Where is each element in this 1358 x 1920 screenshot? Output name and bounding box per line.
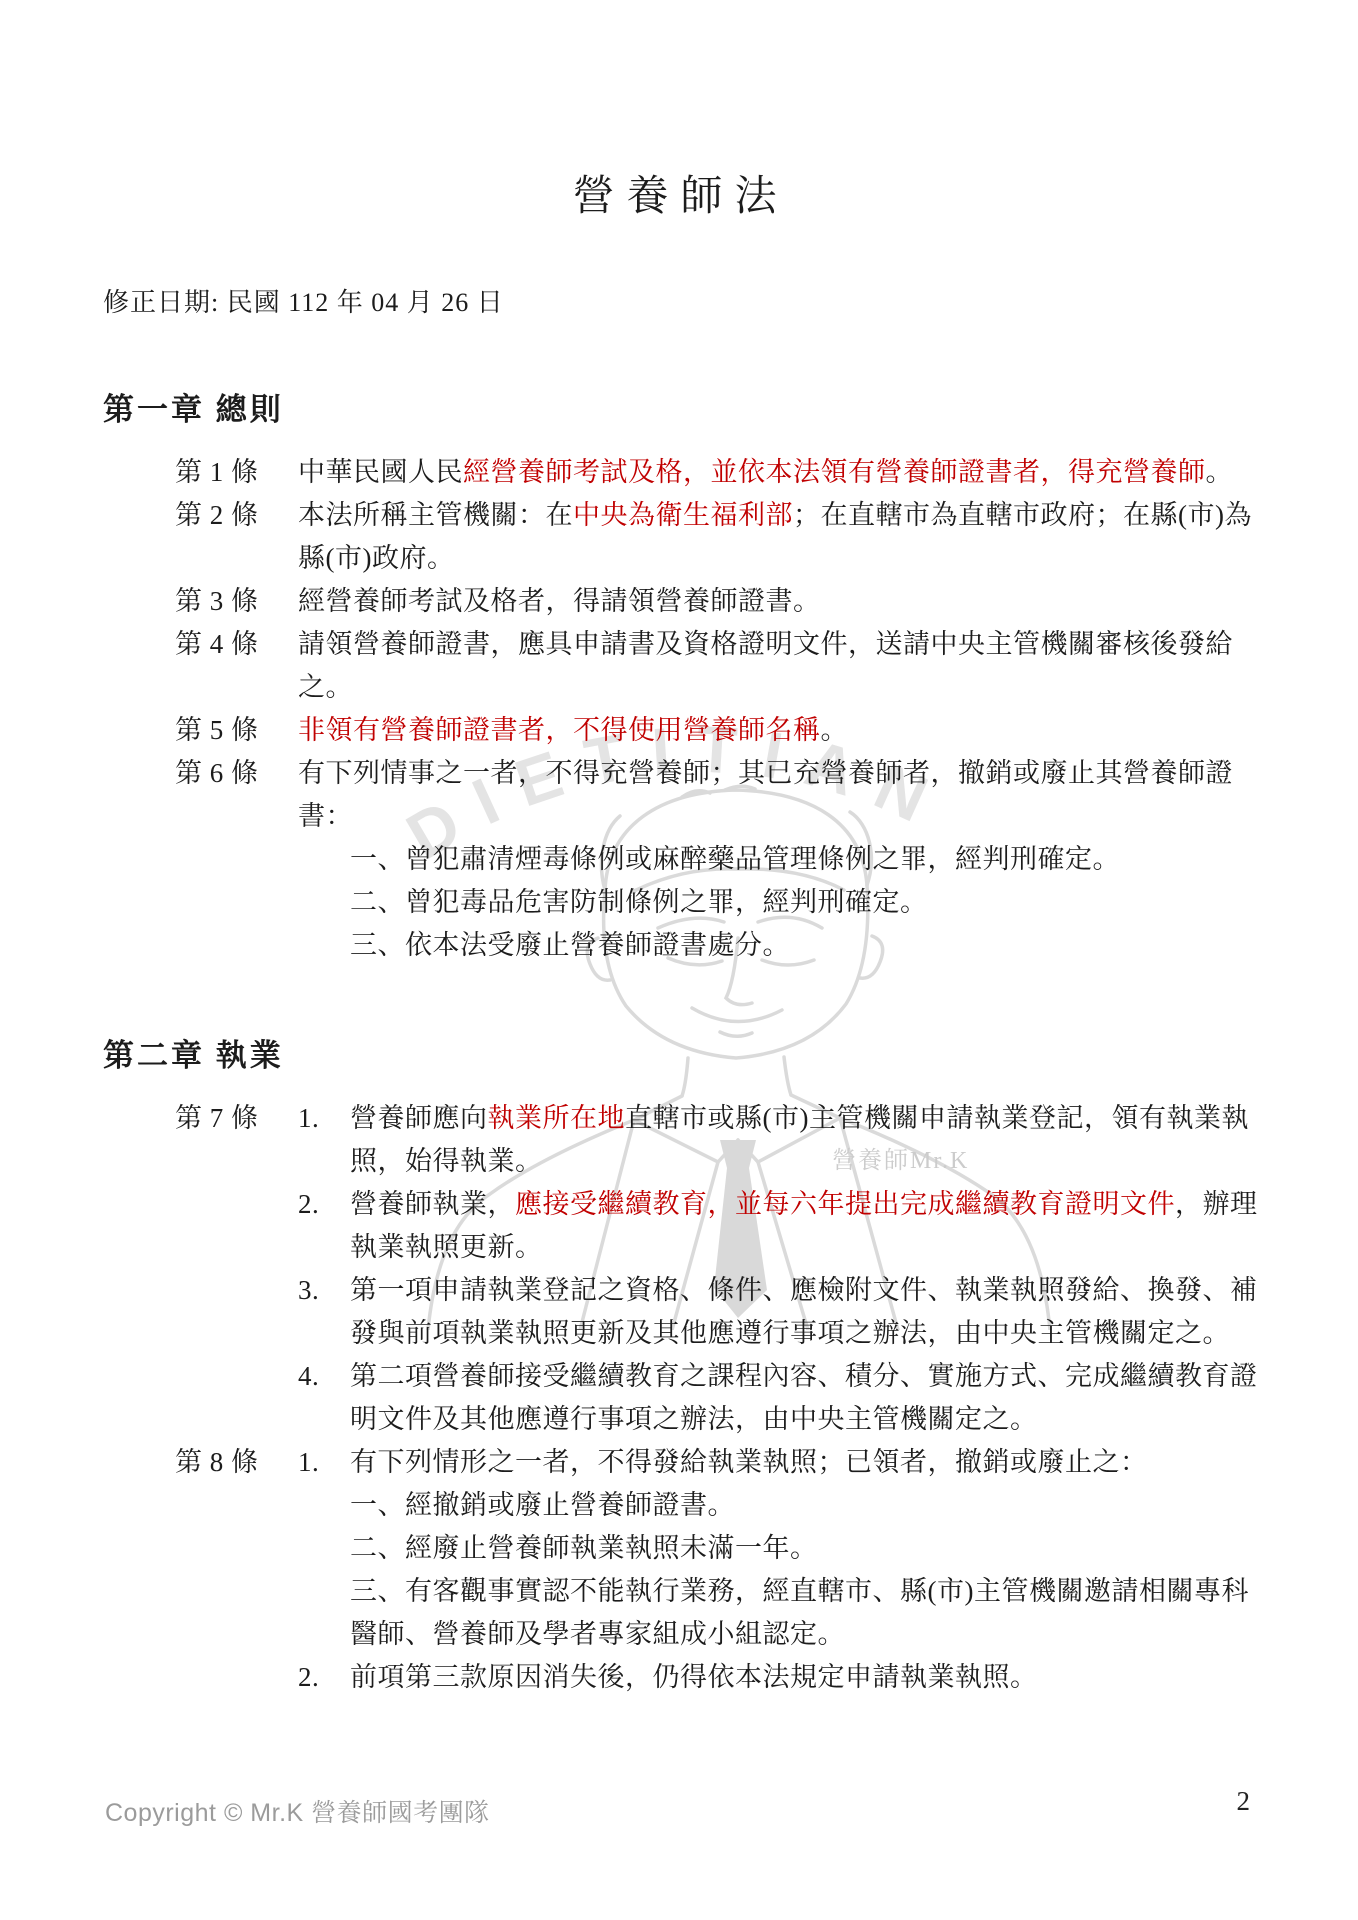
paragraph-text: 中華民國人民經營養師考試及格，並依本法領有營養師證書者，得充營養師。 xyxy=(298,451,1258,494)
paragraph: 4.第二項營養師接受繼續教育之課程內容、積分、實施方式、完成繼續教育證明文件及其… xyxy=(298,1355,1258,1441)
text-segment: 本法所稱主管機關：在 xyxy=(298,500,573,530)
chapter-heading: 第二章 執業 xyxy=(103,1037,1258,1075)
paragraph-number: 1. xyxy=(298,1441,350,1484)
paragraph-text: 第一項申請執業登記之資格、條件、應檢附文件、執業執照發給、換發、補發與前項執業執… xyxy=(350,1269,1258,1355)
text-segment: 應接受繼續教育，並每六年提出完成繼續教育證明文件 xyxy=(515,1189,1175,1219)
paragraph-number: 4. xyxy=(298,1355,350,1398)
article-label: 第 3 條 xyxy=(103,580,298,623)
article: 第 2 條本法所稱主管機關：在中央為衛生福利部；在直轄市為直轄市政府；在縣(市)… xyxy=(103,494,1258,580)
paragraph-number: 2. xyxy=(298,1656,350,1699)
article-body: 有下列情事之一者，不得充營養師；其已充營養師者，撤銷或廢止其營養師證書：一、曾犯… xyxy=(298,752,1258,967)
paragraph: 3.第一項申請執業登記之資格、條件、應檢附文件、執業執照發給、換發、補發與前項執… xyxy=(298,1269,1258,1355)
article-label: 第 2 條 xyxy=(103,494,298,537)
paragraph: 非領有營養師證書者，不得使用營養師名稱。 xyxy=(298,709,1258,752)
text-segment: 第二項營養師接受繼續教育之課程內容、積分、實施方式、完成繼續教育證明文件及其他應… xyxy=(350,1361,1258,1434)
sub-item: 三、依本法受廢止營養師證書處分。 xyxy=(350,924,1258,967)
chapter-1: 第一章 總則第 1 條中華民國人民經營養師考試及格，並依本法領有營養師證書者，得… xyxy=(103,391,1258,967)
text-segment: 前項第三款原因消失後，仍得依本法規定申請執業執照。 xyxy=(350,1662,1038,1692)
article-label: 第 1 條 xyxy=(103,451,298,494)
text-segment: 有下列情事之一者，不得充營養師；其已充營養師者，撤銷或廢止其營養師證書： xyxy=(298,758,1233,831)
article-list: 第 7 條1.營養師應向執業所在地直轄市或縣(市)主管機關申請執業登記，領有執業… xyxy=(103,1097,1258,1699)
article: 第 3 條經營養師考試及格者，得請領營養師證書。 xyxy=(103,580,1258,623)
article: 第 6 條有下列情事之一者，不得充營養師；其已充營養師者，撤銷或廢止其營養師證書… xyxy=(103,752,1258,967)
paragraph-text: 本法所稱主管機關：在中央為衛生福利部；在直轄市為直轄市政府；在縣(市)為縣(市)… xyxy=(298,494,1258,580)
sub-item: 三、有客觀事實認不能執行業務，經直轄市、縣(市)主管機關邀請相關專科醫師、營養師… xyxy=(350,1570,1258,1656)
text-segment: 營養師執業， xyxy=(350,1189,515,1219)
paragraph: 請領營養師證書，應具申請書及資格證明文件，送請中央主管機關審核後發給之。 xyxy=(298,623,1258,709)
chapter-2: 第二章 執業第 7 條1.營養師應向執業所在地直轄市或縣(市)主管機關申請執業登… xyxy=(103,1037,1258,1699)
paragraph-text: 營養師執業，應接受繼續教育，並每六年提出完成繼續教育證明文件，辦理執業執照更新。 xyxy=(350,1183,1258,1269)
article-body: 1.營養師應向執業所在地直轄市或縣(市)主管機關申請執業登記，領有執業執照，始得… xyxy=(298,1097,1258,1441)
article-list: 第 1 條中華民國人民經營養師考試及格，並依本法領有營養師證書者，得充營養師。第… xyxy=(103,451,1258,967)
article: 第 7 條1.營養師應向執業所在地直轄市或縣(市)主管機關申請執業登記，領有執業… xyxy=(103,1097,1258,1441)
text-segment: 執業所在地 xyxy=(488,1103,626,1133)
article-label: 第 4 條 xyxy=(103,623,298,666)
paragraph: 中華民國人民經營養師考試及格，並依本法領有營養師證書者，得充營養師。 xyxy=(298,451,1258,494)
paragraph-number: 3. xyxy=(298,1269,350,1312)
paragraph: 2.營養師執業，應接受繼續教育，並每六年提出完成繼續教育證明文件，辦理執業執照更… xyxy=(298,1183,1258,1269)
text-segment: 中華民國人民 xyxy=(298,457,463,487)
article-label: 第 5 條 xyxy=(103,709,298,752)
article-body: 中華民國人民經營養師考試及格，並依本法領有營養師證書者，得充營養師。 xyxy=(298,451,1258,494)
sub-item: 二、曾犯毒品危害防制條例之罪，經判刑確定。 xyxy=(350,881,1258,924)
text-segment: 第一項申請執業登記之資格、條件、應檢附文件、執業執照發給、換發、補發與前項執業執… xyxy=(350,1275,1258,1348)
chapter-container: 第一章 總則第 1 條中華民國人民經營養師考試及格，並依本法領有營養師證書者，得… xyxy=(103,391,1258,1699)
article-body: 經營養師考試及格者，得請領營養師證書。 xyxy=(298,580,1258,623)
page-title: 營養師法 xyxy=(103,172,1258,222)
text-segment: 經營養師考試及格，並依本法領有營養師證書者，得充營養師 xyxy=(463,457,1206,487)
article-label: 第 6 條 xyxy=(103,752,298,795)
article: 第 4 條請領營養師證書，應具申請書及資格證明文件，送請中央主管機關審核後發給之… xyxy=(103,623,1258,709)
text-segment: 營養師應向 xyxy=(350,1103,488,1133)
text-segment: 經營養師考試及格者，得請領營養師證書。 xyxy=(298,586,821,616)
paragraph-number: 2. xyxy=(298,1183,350,1226)
article-label: 第 8 條 xyxy=(103,1441,298,1484)
paragraph-text: 營養師應向執業所在地直轄市或縣(市)主管機關申請執業登記，領有執業執照，始得執業… xyxy=(350,1097,1258,1183)
chapter-heading: 第一章 總則 xyxy=(103,391,1258,429)
article-label: 第 7 條 xyxy=(103,1097,298,1140)
paragraph: 1.有下列情形之一者，不得發給執業執照；已領者，撤銷或廢止之：一、經撤銷或廢止營… xyxy=(298,1441,1258,1656)
document-content: 營養師法 修正日期: 民國 112 年 04 月 26 日 第一章 總則第 1 … xyxy=(0,0,1358,1920)
article-body: 1.有下列情形之一者，不得發給執業執照；已領者，撤銷或廢止之：一、經撤銷或廢止營… xyxy=(298,1441,1258,1699)
paragraph-text: 請領營養師證書，應具申請書及資格證明文件，送請中央主管機關審核後發給之。 xyxy=(298,623,1258,709)
paragraph-text: 有下列情形之一者，不得發給執業執照；已領者，撤銷或廢止之：一、經撤銷或廢止營養師… xyxy=(350,1441,1258,1656)
paragraph: 經營養師考試及格者，得請領營養師證書。 xyxy=(298,580,1258,623)
document-page: DIETITIAN xyxy=(0,0,1358,1920)
paragraph-number: 1. xyxy=(298,1097,350,1140)
sub-item: 一、經撤銷或廢止營養師證書。 xyxy=(350,1484,1258,1527)
article: 第 1 條中華民國人民經營養師考試及格，並依本法領有營養師證書者，得充營養師。 xyxy=(103,451,1258,494)
paragraph-text: 第二項營養師接受繼續教育之課程內容、積分、實施方式、完成繼續教育證明文件及其他應… xyxy=(350,1355,1258,1441)
paragraph-text: 前項第三款原因消失後，仍得依本法規定申請執業執照。 xyxy=(350,1656,1258,1699)
text-segment: 。 xyxy=(821,715,849,745)
page-number: 2 xyxy=(1237,1786,1251,1817)
text-segment: 。 xyxy=(1206,457,1234,487)
paragraph: 本法所稱主管機關：在中央為衛生福利部；在直轄市為直轄市政府；在縣(市)為縣(市)… xyxy=(298,494,1258,580)
text-segment: 有下列情形之一者，不得發給執業執照；已領者，撤銷或廢止之： xyxy=(350,1447,1148,1477)
sub-item: 一、曾犯肅清煙毒條例或麻醉藥品管理條例之罪，經判刑確定。 xyxy=(350,838,1258,881)
article: 第 8 條1.有下列情形之一者，不得發給執業執照；已領者，撤銷或廢止之：一、經撤… xyxy=(103,1441,1258,1699)
paragraph: 2.前項第三款原因消失後，仍得依本法規定申請執業執照。 xyxy=(298,1656,1258,1699)
article-body: 請領營養師證書，應具申請書及資格證明文件，送請中央主管機關審核後發給之。 xyxy=(298,623,1258,709)
article: 第 5 條非領有營養師證書者，不得使用營養師名稱。 xyxy=(103,709,1258,752)
article-body: 非領有營養師證書者，不得使用營養師名稱。 xyxy=(298,709,1258,752)
paragraph-text: 經營養師考試及格者，得請領營養師證書。 xyxy=(298,580,1258,623)
paragraph: 1.營養師應向執業所在地直轄市或縣(市)主管機關申請執業登記，領有執業執照，始得… xyxy=(298,1097,1258,1183)
paragraph-text: 非領有營養師證書者，不得使用營養師名稱。 xyxy=(298,709,1258,752)
paragraph: 有下列情事之一者，不得充營養師；其已充營養師者，撤銷或廢止其營養師證書：一、曾犯… xyxy=(298,752,1258,967)
text-segment: 中央為衛生福利部 xyxy=(573,500,793,530)
paragraph-text: 有下列情事之一者，不得充營養師；其已充營養師者，撤銷或廢止其營養師證書：一、曾犯… xyxy=(298,752,1258,967)
text-segment: 請領營養師證書，應具申請書及資格證明文件，送請中央主管機關審核後發給之。 xyxy=(298,629,1233,702)
article-body: 本法所稱主管機關：在中央為衛生福利部；在直轄市為直轄市政府；在縣(市)為縣(市)… xyxy=(298,494,1258,580)
sub-item: 二、經廢止營養師執業執照未滿一年。 xyxy=(350,1527,1258,1570)
footer-copyright: Copyright © Mr.K 營養師國考團隊 xyxy=(105,1793,490,1829)
text-segment: 非領有營養師證書者，不得使用營養師名稱 xyxy=(298,715,821,745)
amendment-date-line: 修正日期: 民國 112 年 04 月 26 日 xyxy=(103,282,1258,319)
